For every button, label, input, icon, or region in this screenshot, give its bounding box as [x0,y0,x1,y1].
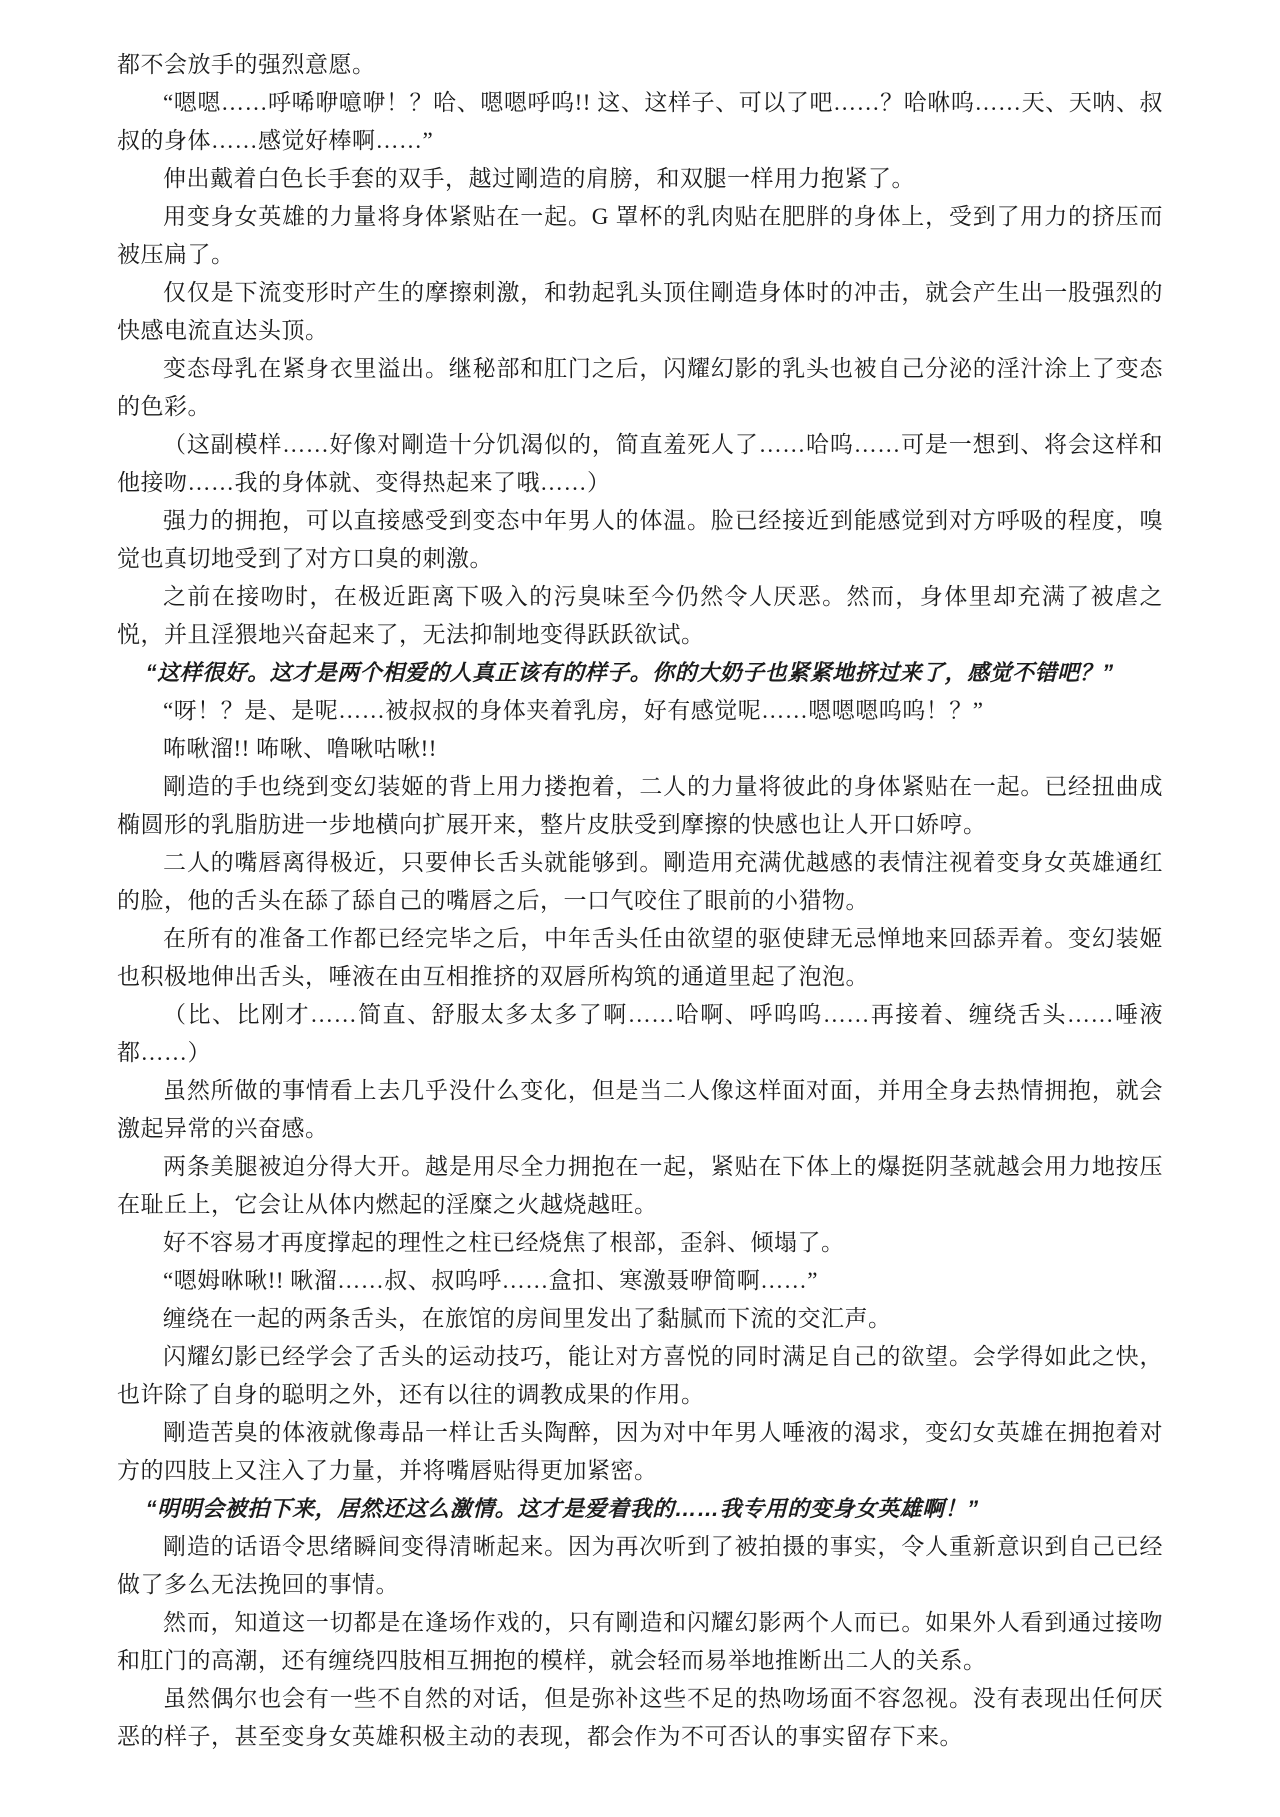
dialogue-line-emphasized: “这样很好。这才是两个相爱的人真正该有的样子。你的大奶子也紧紧地挤过来了，感觉不… [117,654,1163,692]
sfx-line: 咘啾溜!! 咘啾、噜啾咕啾!! [117,730,1163,768]
paragraph: 好不容易才再度撑起的理性之柱已经烧焦了根部，歪斜、倾塌了。 [117,1224,1163,1262]
paragraph: 然而，知道这一切都是在逢场作戏的，只有剛造和闪耀幻影两个人而已。如果外人看到通过… [117,1604,1163,1680]
paragraph: 闪耀幻影已经学会了舌头的运动技巧，能让对方喜悦的同时满足自己的欲望。会学得如此之… [117,1338,1163,1414]
monologue-line: （比、比刚才……简直、舒服太多太多了啊……哈啊、呼呜呜……再接着、缠绕舌头……唾… [117,996,1163,1072]
paragraph-continuation: 都不会放手的强烈意愿。 [117,46,1163,84]
paragraph: 伸出戴着白色长手套的双手，越过剛造的肩膀，和双腿一样用力抱紧了。 [117,160,1163,198]
paragraph: 变态母乳在紧身衣里溢出。继秘部和肛门之后，闪耀幻影的乳头也被自己分泌的淫汁涂上了… [117,350,1163,426]
paragraph: 用变身女英雄的力量将身体紧贴在一起。G 罩杯的乳肉贴在肥胖的身体上，受到了用力的… [117,198,1163,274]
dialogue-line-emphasized: “明明会被拍下来，居然还这么激情。这才是爱着我的……我专用的变身女英雄啊！” [117,1490,1163,1528]
dialogue-line: “嗯姆咻啾!! 啾溜……叔、叔呜呼……盒扣、寒激聂咿简啊……” [117,1262,1163,1300]
paragraph: 剛造苦臭的体液就像毒品一样让舌头陶醉，因为对中年男人唾液的渴求，变幻女英雄在拥抱… [117,1414,1163,1490]
paragraph: 二人的嘴唇离得极近，只要伸长舌头就能够到。剛造用充满优越感的表情注视着变身女英雄… [117,844,1163,920]
paragraph: 剛造的话语令思绪瞬间变得清晰起来。因为再次听到了被拍摄的事实，令人重新意识到自己… [117,1528,1163,1604]
document-page: 都不会放手的强烈意愿。 “嗯嗯……呼唏咿噫咿！？哈、嗯嗯呼呜!! 这、这样子、可… [0,0,1280,1817]
monologue-line: （这副模样……好像对剛造十分饥渴似的，简直羞死人了……哈呜……可是一想到、将会这… [117,426,1163,502]
paragraph: 虽然所做的事情看上去几乎没什么变化，但是当二人像这样面对面，并用全身去热情拥抱，… [117,1072,1163,1148]
dialogue-line: “呀！？是、是呢……被叔叔的身体夹着乳房，好有感觉呢……嗯嗯嗯呜呜！？” [117,692,1163,730]
paragraph: 缠绕在一起的两条舌头，在旅馆的房间里发出了黏腻而下流的交汇声。 [117,1300,1163,1338]
paragraph: 剛造的手也绕到变幻装姬的背上用力搂抱着，二人的力量将彼此的身体紧贴在一起。已经扭… [117,768,1163,844]
paragraph: 在所有的准备工作都已经完毕之后，中年舌头任由欲望的驱使肆无忌惮地来回舔弄着。变幻… [117,920,1163,996]
paragraph: 虽然偶尔也会有一些不自然的对话，但是弥补这些不足的热吻场面不容忽视。没有表现出任… [117,1680,1163,1756]
paragraph: 仅仅是下流变形时产生的摩擦刺激，和勃起乳头顶住剛造身体时的冲击，就会产生出一股强… [117,274,1163,350]
paragraph: 之前在接吻时，在极近距离下吸入的污臭味至今仍然令人厌恶。然而，身体里却充满了被虐… [117,578,1163,654]
paragraph: 两条美腿被迫分得大开。越是用尽全力拥抱在一起，紧贴在下体上的爆挺阴茎就越会用力地… [117,1148,1163,1224]
dialogue-line: “嗯嗯……呼唏咿噫咿！？哈、嗯嗯呼呜!! 这、这样子、可以了吧……？哈咻呜……天… [117,84,1163,160]
paragraph: 强力的拥抱，可以直接感受到变态中年男人的体温。脸已经接近到能感觉到对方呼吸的程度… [117,502,1163,578]
